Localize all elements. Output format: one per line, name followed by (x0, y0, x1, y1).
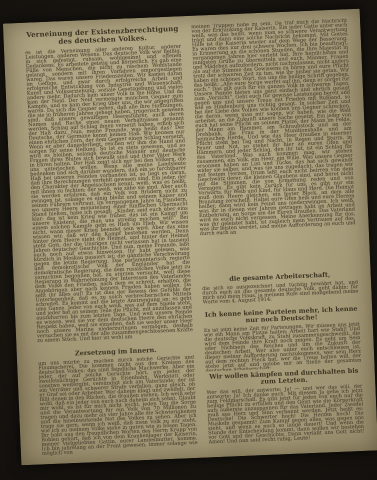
document-title: Verneinung der Existenzberechtigung des … (24, 25, 181, 47)
right-paragraph-1: meinen Truppen nahe zu sein. Da traf mic… (191, 18, 357, 274)
right-column: meinen Truppen nahe zu sein. Da traf mic… (191, 18, 365, 452)
scan-background: Verneinung der Existenzberechtigung des … (0, 0, 377, 480)
left-column: Verneinung der Existenzberechtigung des … (24, 25, 198, 459)
right-paragraph-2: die sich so ausgezeichnet und tüchtig be… (202, 280, 359, 310)
text-columns: Verneinung der Existenzberechtigung des … (24, 18, 365, 459)
right-paragraph-4: Wer das will, der antworte: Ja! — und we… (206, 384, 364, 453)
right-paragraph-3: Es ist jetzt keine Zeit für Parteiungen.… (204, 322, 362, 371)
document-page: Verneinung der Existenzberechtigung des … (3, 9, 377, 466)
left-paragraph-2: um uns mürbe zu machen durch solche Gerü… (38, 355, 198, 460)
left-paragraph-1: es ist die Verneinung aller anderen Kult… (25, 44, 193, 349)
